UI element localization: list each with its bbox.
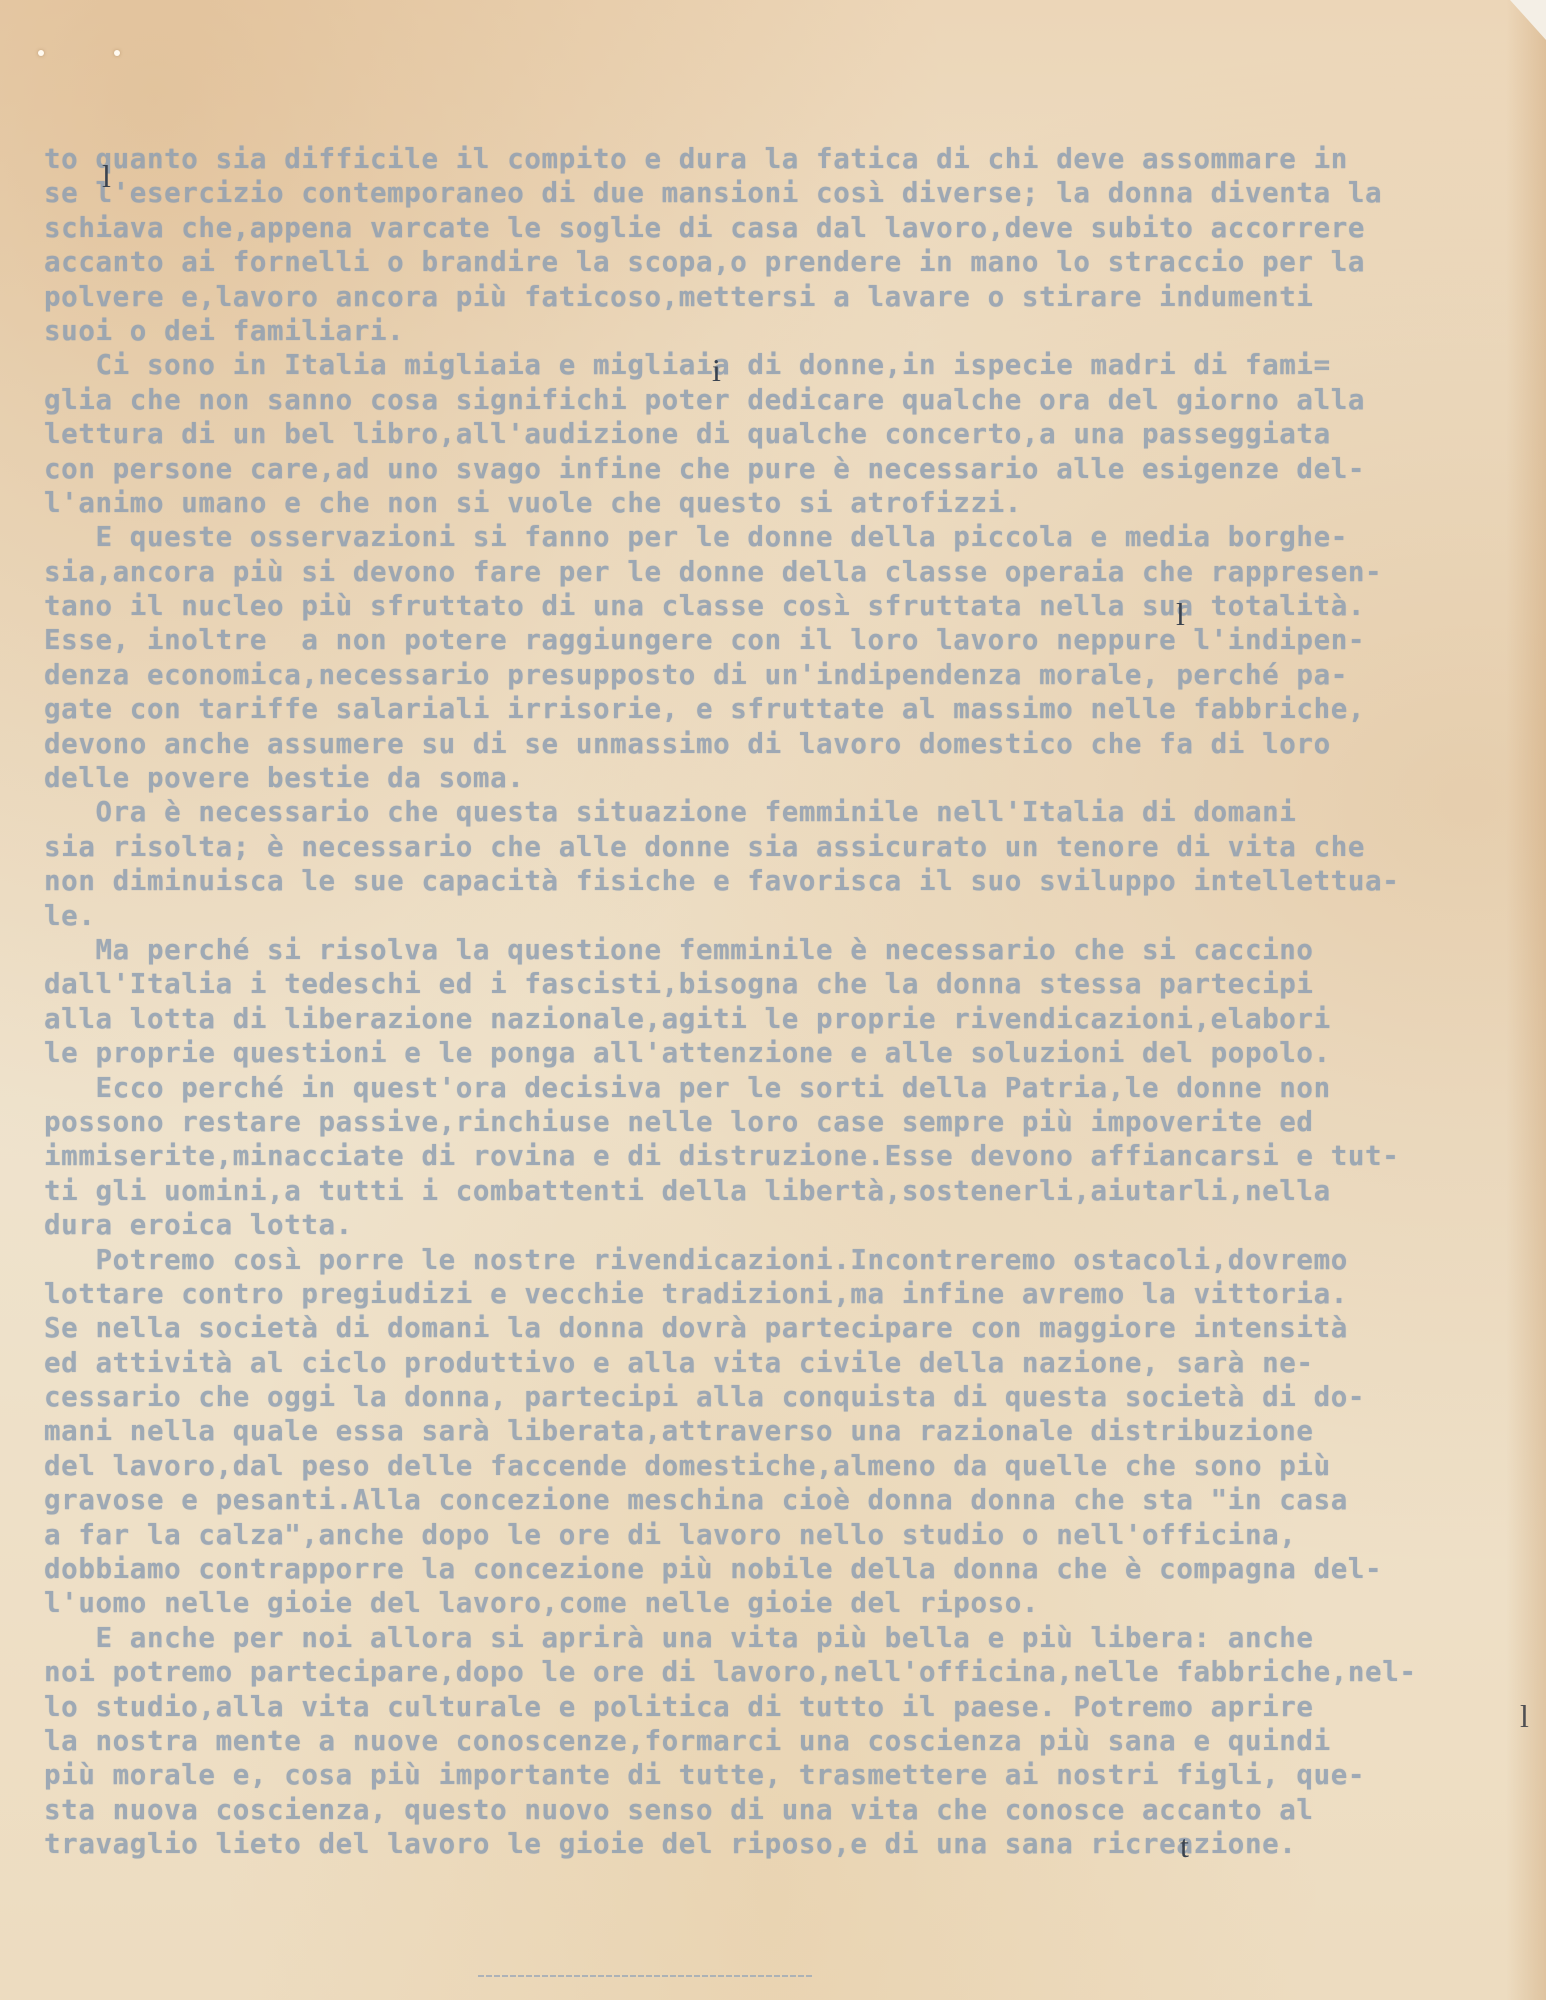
- text-line: denza economica,necessario presupposto d…: [44, 658, 1514, 692]
- closing-separator-rule: [478, 1975, 813, 1977]
- text-line: tano il nucleo più sfruttato di una clas…: [44, 589, 1514, 623]
- text-line: accanto ai fornelli o brandire la scopa,…: [44, 245, 1514, 279]
- text-line: non diminuisca le sue capacità fisiche e…: [44, 864, 1514, 898]
- text-line: più morale e, cosa più importante di tut…: [44, 1758, 1514, 1792]
- paragraph: to quanto sia difficile il compito e dur…: [44, 142, 1514, 348]
- text-line: gate con tariffe salariali irrisorie, e …: [44, 692, 1514, 726]
- text-line: Ma perché si risolva la questione femmin…: [44, 933, 1514, 967]
- text-line: sia risolta; è necessario che alle donne…: [44, 830, 1514, 864]
- punch-hole-icon: [114, 50, 120, 56]
- text-line: alla lotta di liberazione nazionale,agit…: [44, 1002, 1514, 1036]
- text-line: del lavoro,dal peso delle faccende domes…: [44, 1449, 1514, 1483]
- text-line: lettura di un bel libro,all'audizione di…: [44, 417, 1514, 451]
- text-line: Ecco perché in quest'ora decisiva per le…: [44, 1071, 1514, 1105]
- text-line: E anche per noi allora si aprirà una vit…: [44, 1621, 1514, 1655]
- overstrike-character: l: [1176, 596, 1185, 633]
- paragraph: Ma perché si risolva la questione femmin…: [44, 933, 1514, 1071]
- text-line: travaglio lieto del lavoro le gioie del …: [44, 1827, 1514, 1861]
- text-line: to quanto sia difficile il compito e dur…: [44, 142, 1514, 176]
- paragraph: Ora è necessario che questa situazione f…: [44, 795, 1514, 933]
- paragraph: Ecco perché in quest'ora decisiva per le…: [44, 1071, 1514, 1243]
- text-line: suoi o dei familiari.: [44, 314, 1514, 348]
- paragraph: Potremo così porre le nostre rivendicazi…: [44, 1243, 1514, 1621]
- overstrike-character: i: [712, 352, 721, 389]
- text-line: polvere e,lavoro ancora più faticoso,met…: [44, 280, 1514, 314]
- text-line: l'uomo nelle gioie del lavoro,come nelle…: [44, 1586, 1514, 1620]
- overstrike-character: t: [1180, 1828, 1189, 1865]
- text-line: lo studio,alla vita culturale e politica…: [44, 1690, 1514, 1724]
- text-line: dura eroica lotta.: [44, 1208, 1514, 1242]
- paragraph: E anche per noi allora si aprirà una vit…: [44, 1621, 1514, 1862]
- text-line: delle povere bestie da soma.: [44, 761, 1514, 795]
- text-line: Potremo così porre le nostre rivendicazi…: [44, 1243, 1514, 1277]
- text-line: gravose e pesanti.Alla concezione meschi…: [44, 1483, 1514, 1517]
- text-line: schiava che,appena varcate le soglie di …: [44, 211, 1514, 245]
- text-line: sia,ancora più si devono fare per le don…: [44, 555, 1514, 589]
- text-line: la nostra mente a nuove conoscenze,forma…: [44, 1724, 1514, 1758]
- text-line: lottare contro pregiudizi e vecchie trad…: [44, 1277, 1514, 1311]
- text-line: le.: [44, 899, 1514, 933]
- text-line: con persone care,ad uno svago infine che…: [44, 452, 1514, 486]
- punch-marks: [38, 50, 120, 56]
- text-line: Se nella società di domani la donna dovr…: [44, 1311, 1514, 1345]
- text-line: glia che non sanno cosa significhi poter…: [44, 383, 1514, 417]
- text-line: devono anche assumere su di se unmassimo…: [44, 727, 1514, 761]
- text-line: dall'Italia i tedeschi ed i fascisti,bis…: [44, 967, 1514, 1001]
- punch-hole-icon: [38, 50, 44, 56]
- document-page: to quanto sia difficile il compito e dur…: [0, 0, 1546, 2000]
- overstrike-character: l: [102, 158, 111, 195]
- text-line: sta nuova coscienza, questo nuovo senso …: [44, 1793, 1514, 1827]
- text-line: ed attività al ciclo produttivo e alla v…: [44, 1346, 1514, 1380]
- text-line: noi potremo partecipare,dopo le ore di l…: [44, 1655, 1514, 1689]
- paragraph: Ci sono in Italia migliaia e migliaia di…: [44, 348, 1514, 520]
- typewritten-text-body: to quanto sia difficile il compito e dur…: [44, 142, 1514, 1862]
- text-line: immiserite,minacciate di rovina e di dis…: [44, 1139, 1514, 1173]
- text-line: mani nella quale essa sarà liberata,attr…: [44, 1414, 1514, 1448]
- text-line: le proprie questioni e le ponga all'atte…: [44, 1036, 1514, 1070]
- text-line: cessario che oggi la donna, partecipi al…: [44, 1380, 1514, 1414]
- text-line: Ci sono in Italia migliaia e migliaia di…: [44, 348, 1514, 382]
- text-line: a far la calza",anche dopo le ore di lav…: [44, 1518, 1514, 1552]
- text-line: Esse, inoltre a non potere raggiungere c…: [44, 623, 1514, 657]
- overstrike-character: l: [1520, 1698, 1529, 1735]
- text-line: dobbiamo contrapporre la concezione più …: [44, 1552, 1514, 1586]
- text-line: ti gli uomini,a tutti i combattenti dell…: [44, 1174, 1514, 1208]
- text-line: possono restare passive,rinchiuse nelle …: [44, 1105, 1514, 1139]
- text-line: se l'esercizio contemporaneo di due mans…: [44, 176, 1514, 210]
- text-line: l'animo umano e che non si vuole che que…: [44, 486, 1514, 520]
- paragraph: E queste osservazioni si fanno per le do…: [44, 520, 1514, 795]
- text-line: E queste osservazioni si fanno per le do…: [44, 520, 1514, 554]
- text-line: Ora è necessario che questa situazione f…: [44, 795, 1514, 829]
